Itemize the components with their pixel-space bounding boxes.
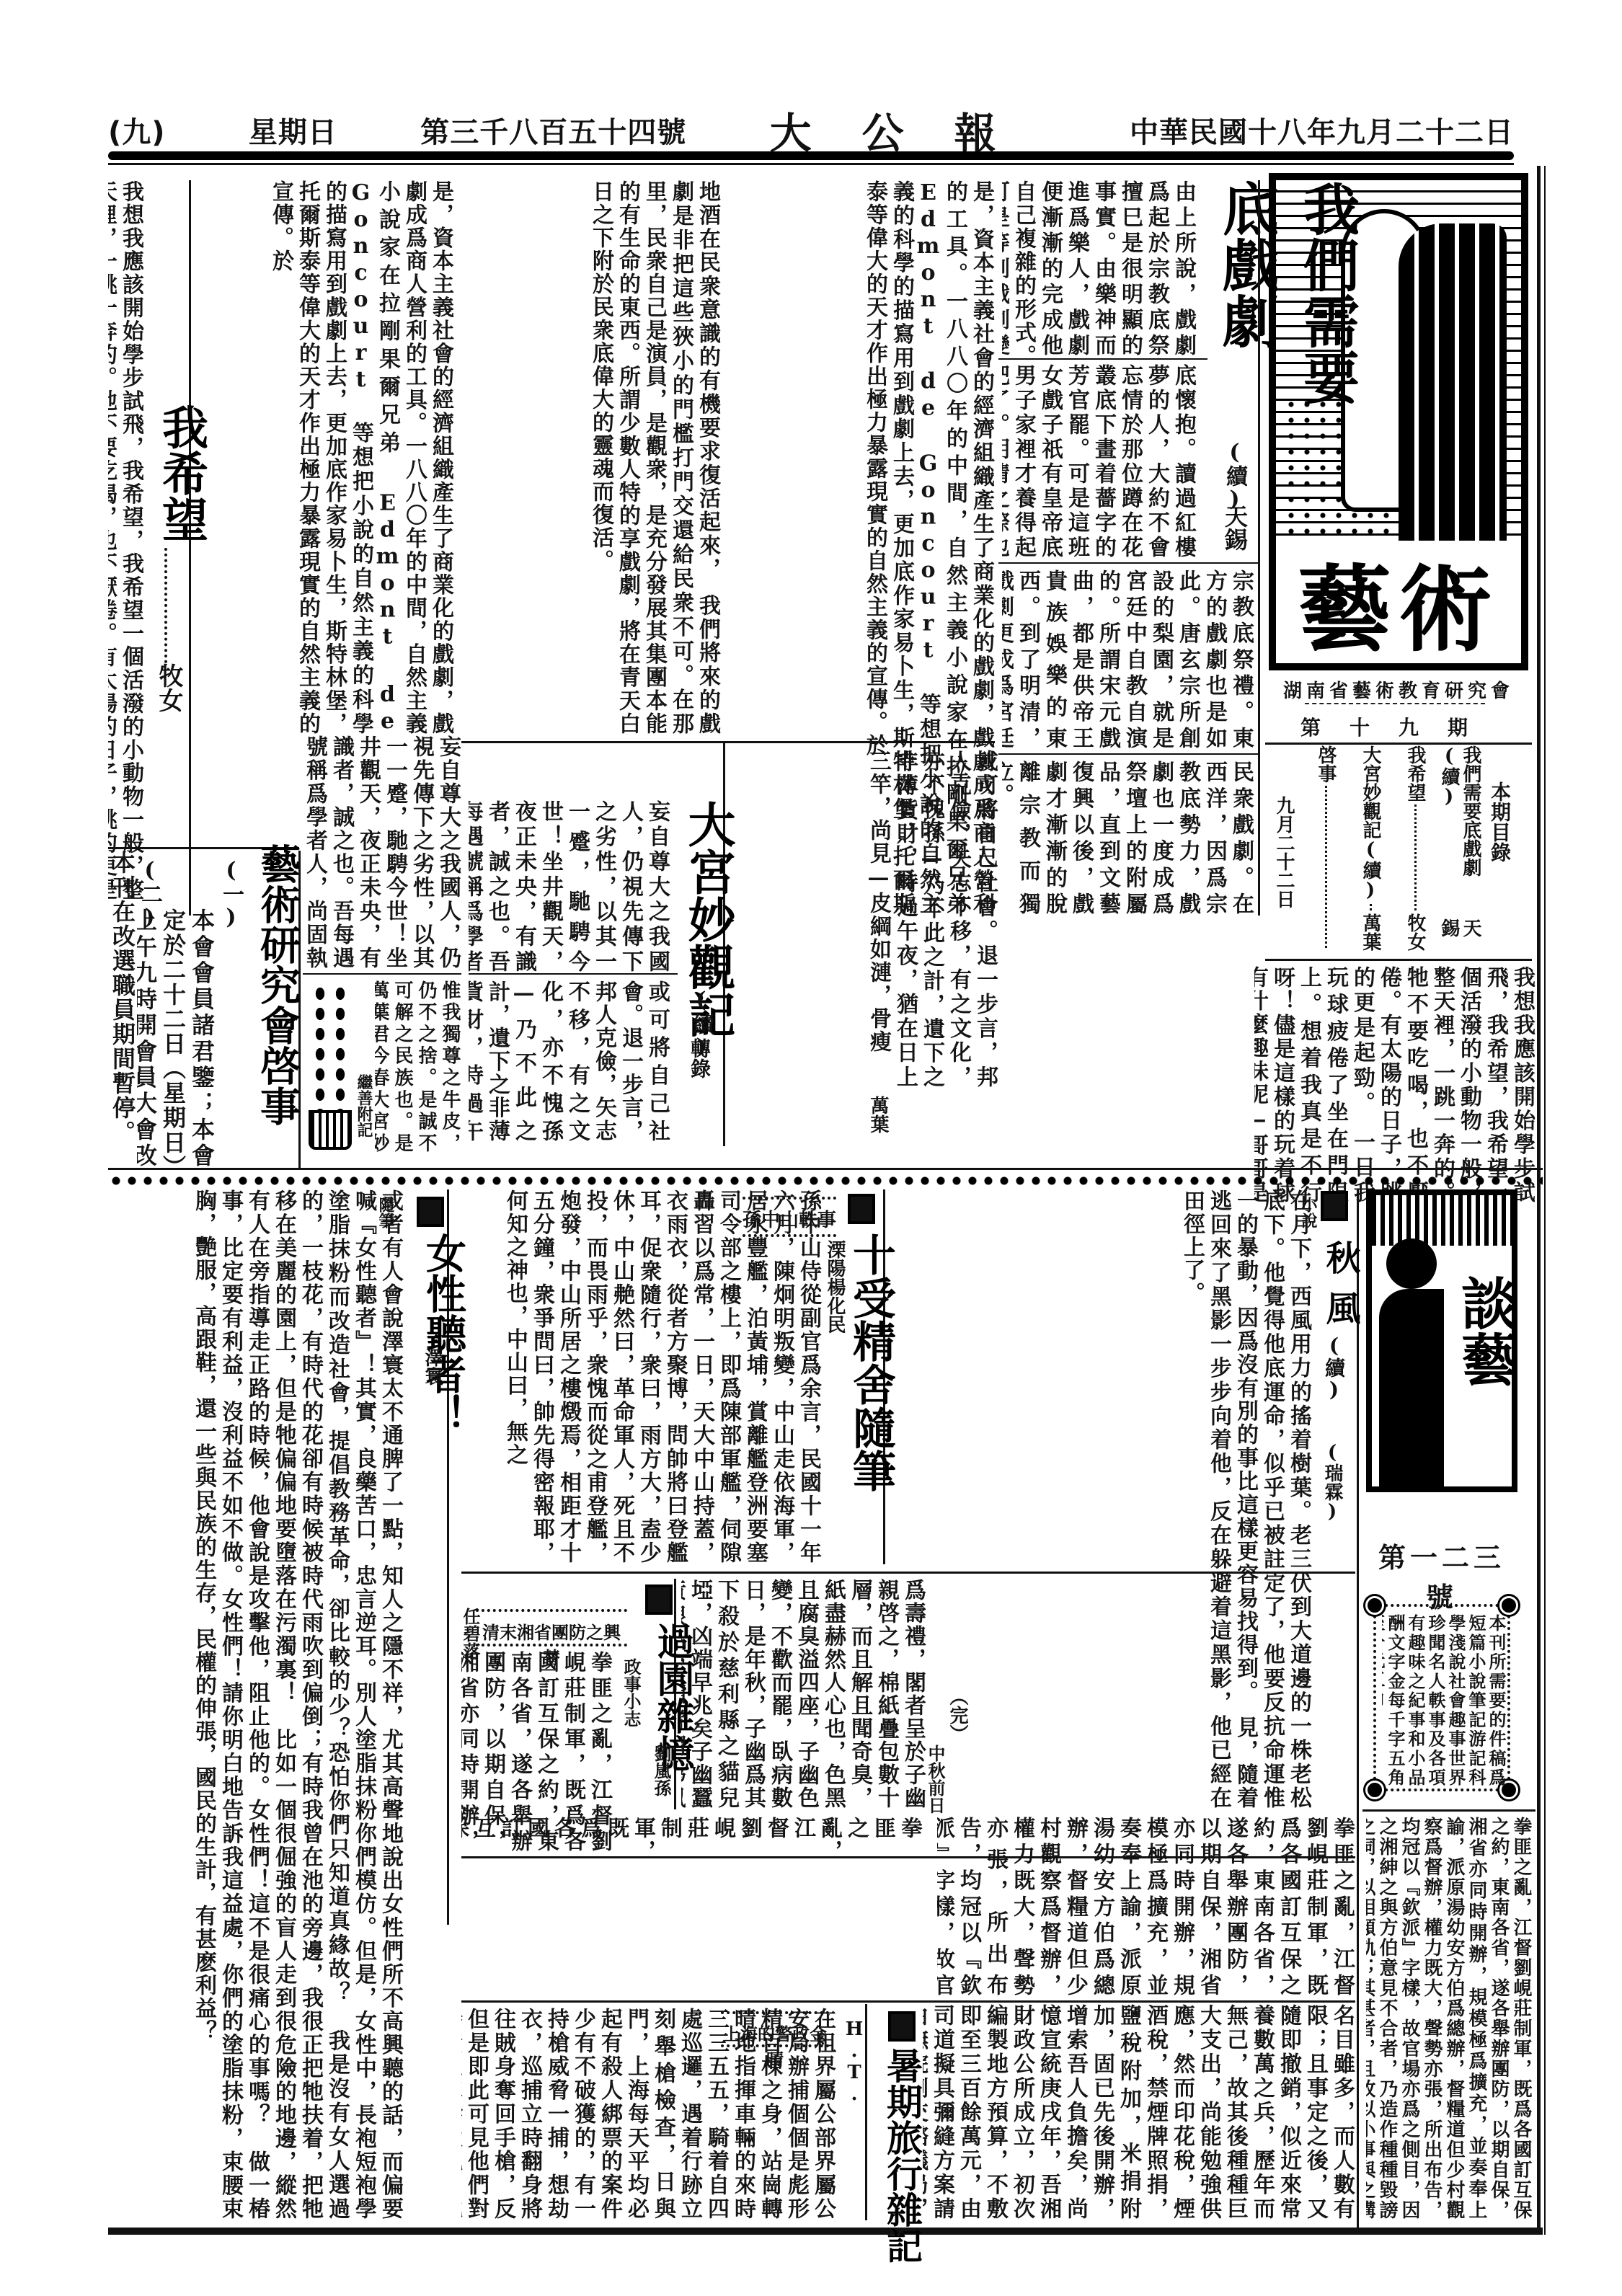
toc-entry[interactable]: 啓事 [1315, 745, 1337, 951]
daigong-article-block: 或可將自己社會。退一步言，邦人克儉，矢志不移，有之文化，亦不愧孫—乃不此之計，遺… [469, 980, 670, 1143]
toc-entry-title: 我們需要底戲劇(續) [1438, 745, 1481, 913]
toc-entry-author: 萬葉 [1360, 913, 1381, 951]
square-bullet-icon [1321, 1191, 1348, 1224]
daigong-byline: 轉錄 [685, 1038, 714, 1078]
autumn-wind-body: 在月下，西風用力的搖着樹葉。老三伏到大道邊的一株老松底下。他覺得他底運命，似乎已… [937, 1189, 1312, 1809]
woodcut-head [1386, 1238, 1437, 1289]
block-rule [998, 753, 1258, 755]
notice-item-text: 本會會員諸君鑒；本會定於二十二日（星期日）上午九時開會員大會改選職員并討論各項進… [137, 908, 216, 1168]
supplement-date: 九月二十二日 [1273, 796, 1295, 908]
drama-article-block: 地酒在民衆意識的有機要求復活起來， 我們將來的戲劇是非把這些狹小的門檻打門交還給… [461, 180, 721, 735]
section-rule [1362, 1809, 1535, 1812]
notice-title: 藝術研究會啓事 [249, 843, 306, 1126]
leader-dots [1325, 786, 1327, 948]
autumn-wind-author: (瑞霖) [1319, 1442, 1346, 1522]
section-rule [461, 2000, 1355, 2003]
notice-item-label: (一) [215, 858, 247, 930]
square-bullet-icon [417, 1197, 444, 1230]
drama-article-block: 底懷抱。讀過紅樓夢的人，大約不會忘情於那位蹲在花叢底下畫着薔字的芳官罷。可是這班… [1002, 364, 1197, 559]
drama-article-block: 是，資本主義社會的經濟組織產生了商業化的戲劇，戲劇成爲商人營利的工具。一八八〇年… [195, 180, 454, 735]
toc-entry-title: 啓事 [1315, 745, 1337, 783]
section-rule [461, 1856, 1355, 1858]
supplement-title: 藝術 [1276, 541, 1521, 663]
drama-article-block: 民衆戲劇。在西洋，因爲宗教底勢力，戲劇也一度成爲祭壇上的附屬品，直到文藝復興以後… [1002, 761, 1254, 916]
tanyi-title: 談藝 [1444, 1275, 1517, 1387]
section-rule [461, 741, 995, 743]
autumn-wind-cont-mark: (續) [1319, 1334, 1348, 1401]
notice-item-label: (二) [133, 858, 165, 930]
manuscript-wanted-notice: 本刊所需要的件稿爲短篇小說筆記游記科學淺說社會趣事世界珍聞名人軼事及各項有趣味之… [1373, 1604, 1510, 1791]
drama-article-block: 由上所說，戲劇爲起於宗教底祭擅巳是很明顯的事實。由樂神而進爲樂人，戲劇便漸漸的完… [1002, 180, 1197, 357]
tuanfang-body-cont: 拳匪之亂，江督劉峴莊制軍，既爲各國訂互保之約，東南各省，遂各舉辦團防，以期自保，… [937, 1817, 1355, 1997]
tuanfang-body-cont: 拳匪之亂，江督劉峴莊制軍，既爲各國訂互保之約，東南各省，遂各舉辦團防，以期自保，… [461, 1817, 923, 1853]
decorative-rule [476, 1609, 627, 1612]
wavy-rule [1305, 703, 1485, 704]
toc-entry-title: 我希望 [1404, 745, 1426, 802]
hope-article-author: 牧女 [151, 663, 187, 712]
right-frame-line-thin [1544, 166, 1546, 2235]
society-name: 湖南省藝術教育研究會 [1269, 676, 1528, 703]
guoyuan-body: 爲壽禮，閣者呈於子幽親啓之，棉紙疊包數十層，而且解且聞奇臭，紙盡赫然人心也，色黑… [681, 1579, 926, 1809]
drama-article-author: 天錫 [1218, 505, 1251, 551]
block-rule [998, 562, 1258, 564]
toc-heading: 本期目錄 [1489, 781, 1510, 862]
supplement-issue-number: 第十九期 [1269, 712, 1528, 741]
masthead-rule [108, 151, 1514, 160]
block-rule [998, 358, 1207, 360]
toc-entry[interactable]: 我們需要底戲劇(續) 天錫 [1449, 745, 1471, 951]
afterword-text: 惟我獨尊之牛皮，仍不之捨。是誠不可解之民族也。是萬葉君今春大宮妙觀記，有感，特吐… [375, 980, 461, 1153]
daigong-author: 萬葉 [865, 1096, 892, 1133]
potted-plant-icon [310, 988, 350, 1110]
square-bullet-icon [848, 1194, 875, 1227]
drama-article-title: 我們需要底戲劇 [1205, 180, 1367, 433]
autumn-wind-end-mark: （完） [944, 1687, 971, 1743]
hope-article-body: 我想我應該開始學步試飛，我希望，我希望一個活潑的小動物一般，整天裡，一跳一奔的。… [108, 180, 144, 901]
toc-entry-author: 天錫 [1438, 918, 1481, 951]
square-bullet-icon [645, 1584, 673, 1618]
bottom-frame-line [108, 2228, 1543, 2235]
tanyi-banner-woodcut: 談藝 [1366, 1189, 1517, 1492]
afterword-author: 繼善附記 [353, 1074, 376, 1138]
women-article-author: 澤寰 [420, 1348, 446, 1386]
tanyi-issue-number: 第一二三號 [1366, 1535, 1517, 1615]
woodcut-body [1379, 1289, 1444, 1491]
table-of-contents: 本期目錄 我們需要底戲劇(續) 天錫 我希望 牧女 大宮妙觀記(續) 萬葉 啓事… [1269, 745, 1528, 954]
publication-date: 中華民國十八年九月二十二日 [1130, 110, 1514, 151]
toc-top-rule [1265, 743, 1532, 745]
guoyuan-author: 劉嵐孫 [649, 1745, 674, 1796]
column-divider [189, 180, 191, 916]
weekday: 星期日 [249, 110, 337, 151]
column-divider [865, 2004, 867, 2220]
leader-dots [1414, 805, 1417, 910]
leader-dots [1370, 904, 1372, 910]
issue-number: 第三千八百五十四號 [420, 110, 686, 151]
autumn-wind-date: 中秋前日 [923, 1745, 948, 1814]
corner-ornament [1499, 1596, 1518, 1615]
masthead-rule-thin [108, 163, 1514, 165]
ornament-divider [108, 1175, 1543, 1187]
daigong-article-block: 妄自尊大之我國人，仍視先傳下之劣性，以其一一蹙，馳騁今世！坐井觀天，夜正未央，有… [303, 735, 461, 970]
right-frame-line [1537, 166, 1541, 2235]
toc-entry[interactable]: 我希望 牧女 [1404, 745, 1426, 951]
section-rule [108, 1168, 1543, 1170]
women-article-body: 或者有人會說澤寰太不通脾了一點，知人之隱不祥，尤其高聲地說出女性們所不高興聽的話… [108, 1189, 404, 2220]
decorative-rule [476, 1644, 627, 1646]
section-rule [461, 1572, 1355, 1574]
drama-article-cont-mark: (續) [1218, 440, 1250, 512]
masthead: (九) 星期日 第三千八百五十四號 大公報 中華民國十八年九月二十二日 [108, 108, 1514, 151]
block-rule [469, 973, 678, 975]
shishou-body: 孫中山侍從副官爲余言，民國十一年六月，陳炯明叛變，中山走依海軍，居永豐艦，泊黃埔… [461, 1189, 822, 1564]
travel-column-title: 暑期旅行雜記 [876, 2047, 928, 2264]
autumn-wind-title: 秋風 [1316, 1240, 1365, 1341]
daigong-article-block: 或可將自己社會。退一步言，邦人克儉，矢志不移，有之文化，亦不愧孫—乃不此之計，遺… [732, 750, 998, 1089]
travel-body: 名目雖多，而人數有限；且事定之後，又隨即撤銷，似近來常養數萬之兵，歷年而無己，故… [923, 2004, 1355, 2220]
toc-entry-title: 大宮妙觀記(續) [1360, 745, 1381, 901]
column-divider [1357, 1189, 1359, 2228]
travel-author: H.T. [843, 2018, 865, 2105]
woodcut-curtain [1372, 1195, 1512, 1246]
shishou-author: 溧陽楊化民 [822, 1240, 848, 1334]
toc-entry-author: 牧女 [1404, 913, 1426, 951]
drama-article-block: 宗教底祭禮。東方的戲劇也是如此。唐玄宗所創設的梨園，就是宮廷中自教自演的。所謂宋… [1002, 569, 1254, 750]
square-bullet-icon [888, 2011, 916, 2044]
corner-ornament [1365, 1596, 1384, 1615]
toc-bottom-rule [1265, 959, 1532, 961]
shishou-column-title: 十受精舍隨筆 [840, 1233, 902, 1492]
toc-entry[interactable]: 大宮妙觀記(續) 萬葉 [1360, 745, 1381, 951]
column-divider [1258, 180, 1260, 916]
women-article-title: 女性聽者！ [415, 1233, 472, 1435]
notice-item-text: 本刊在改選職員期間暫停。 [108, 851, 137, 1168]
daigong-article-block: 妄自尊大之我國人，仍視先傳下之劣性，以其一一蹙，馳騁今世！坐井觀天，夜正未央，有… [469, 800, 670, 973]
leader-dots [164, 548, 167, 663]
block-rule [303, 973, 461, 975]
flower-pot-icon [309, 1110, 352, 1150]
manuscript-wanted-text: 本刊所需要的件稿爲短篇小說筆記游記科學淺說社會趣事世界珍聞名人軼事及各項有趣味之… [1382, 1614, 1506, 1787]
woodcut-hair [1399, 223, 1507, 569]
page-number: (九) [108, 110, 166, 151]
tuanfang-article-block: 拳匪之亂，江督劉峴莊制軍，既爲各國訂互保之約，東南各省，遂各舉辦團防，以期自保，… [1366, 1817, 1532, 2220]
shanghai-body: 在租界屬公部界屬公安局辦捕個個是彪形精百棟之身，站崗轉晴地指揮車輛的來時三三五五… [461, 2008, 836, 2220]
